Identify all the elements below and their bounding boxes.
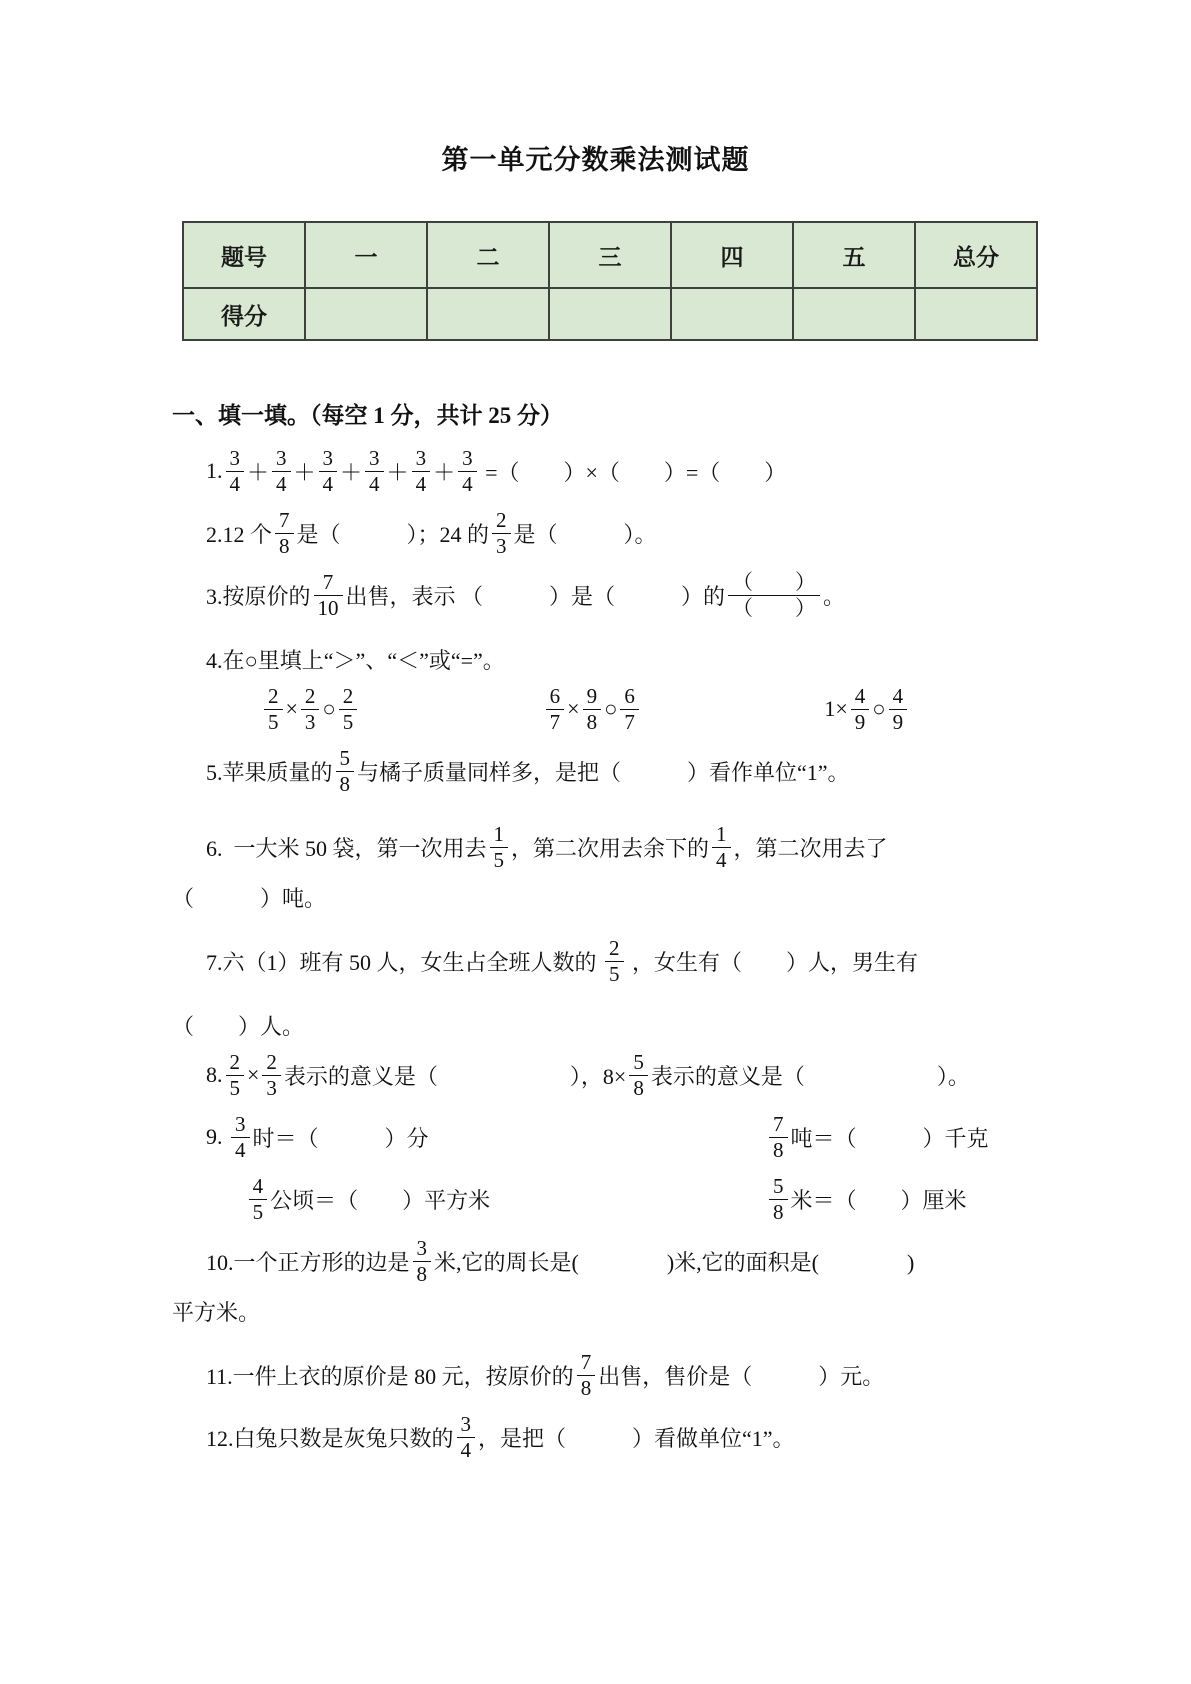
fraction: 34 (412, 446, 431, 495)
question-text: ＋ (340, 456, 362, 487)
score-table-header-cell: 四 (671, 222, 793, 288)
question-text: × (247, 1062, 259, 1088)
fraction-numerator: 1 (712, 822, 731, 846)
question-text: 1. (206, 458, 223, 484)
fraction: 78 (769, 1112, 788, 1161)
score-table-empty-cell (915, 288, 1037, 340)
question-text: =（ ）×（ ）=（ ） (480, 456, 787, 487)
question-text: 2.12 个 (206, 518, 272, 549)
fraction: 34 (272, 446, 291, 495)
question-text: ＋ (433, 456, 455, 487)
question-11-line: 11.一件上衣的原价是 80 元，按原价的78出售，售价是（ ）元。 (206, 1346, 1072, 1404)
question-text: ○ (604, 696, 617, 722)
fraction-numerator: 2 (264, 684, 283, 708)
question-text: （ ）吨。 (172, 882, 326, 913)
question-text: ，是把（ ）看做单位“1”。 (478, 1422, 795, 1453)
score-table-score-label-cell: 得分 (183, 288, 305, 340)
fraction: 25 (339, 684, 358, 733)
fraction: 67 (620, 684, 639, 733)
fraction-denominator: 4 (231, 1137, 250, 1162)
fraction-numerator: 3 (319, 446, 338, 470)
question-text: 是（ ）；24 的 (297, 518, 490, 549)
fraction-denominator: 5 (339, 709, 358, 734)
question-text: 12.白兔只数是灰兔只数的 (206, 1422, 454, 1453)
fraction: 14 (712, 822, 731, 871)
fraction-numerator: 3 (412, 446, 431, 470)
question-column: 25×23○25 (261, 684, 543, 733)
question-text: × (567, 696, 579, 722)
question-9-line: 45公顷＝（ ）平方米58米＝（ ）厘米 (206, 1170, 1106, 1228)
fraction-denominator: 5 (605, 961, 624, 986)
fraction: 45 (249, 1174, 268, 1223)
fraction: 34 (231, 1112, 250, 1161)
question-text: 6. 一大米 50 袋，第一次用去 (206, 832, 487, 863)
question-4-line: 4.在○里填上“＞”、“＜”或“=”。 (206, 642, 1072, 676)
fraction-denominator: 5 (264, 709, 283, 734)
question-text: 3.按原价的 (206, 580, 311, 611)
fraction: 25 (605, 936, 624, 985)
question-8-line: 8.25×23表示的意义是（ ），8×58表示的意义是（ ）。 (206, 1046, 1072, 1104)
question-text: 4.在○里填上“＞”、“＜”或“=”。 (206, 644, 505, 675)
score-table-empty-cell (671, 288, 793, 340)
fraction-denominator: 8 (769, 1137, 788, 1162)
page-title: 第一单元分数乘法测试题 (0, 0, 1191, 177)
question-1-line: 1.34＋34＋34＋34＋34＋34 =（ ）×（ ）=（ ） (206, 442, 1072, 500)
score-table-header-cell: 五 (793, 222, 915, 288)
fraction-denominator: 8 (275, 533, 294, 558)
fraction: 25 (226, 1050, 245, 1099)
question-text: 吨＝（ ）千克 (791, 1122, 989, 1153)
fraction-denominator: 8 (583, 709, 602, 734)
fraction-denominator: 10 (314, 595, 343, 620)
question-text: 平方米。 (172, 1296, 260, 1327)
question-7-line: 7.六（1）班有 50 人，女生占全班人数的 25 ，女生有（ ）人，男生有 (206, 932, 1072, 990)
score-table-header-cell: 一 (305, 222, 427, 288)
fraction-denominator: 4 (712, 847, 731, 872)
fraction-denominator: 9 (889, 709, 908, 734)
fraction-denominator: 4 (319, 471, 338, 496)
fraction-denominator: 4 (365, 471, 384, 496)
question-text: ，女生有（ ）人，男生有 (627, 946, 919, 977)
fraction: 49 (889, 684, 908, 733)
fraction-numerator: 7 (769, 1112, 788, 1136)
score-table-empty-cell (793, 288, 915, 340)
question-4-line: 25×23○2567×98○671×49○49 (206, 680, 1106, 738)
fraction-denominator: 8 (413, 1261, 432, 1286)
section-one-heading: 一、填一填。（每空 1 分，共计 25 分） (172, 397, 1191, 430)
fraction: 710 (314, 570, 343, 619)
fraction: 78 (577, 1350, 596, 1399)
fraction-numerator: 6 (620, 684, 639, 708)
question-2-line: 2.12 个78是（ ）；24 的23是（ ）。 (206, 504, 1072, 562)
fraction-denominator: （ ） (728, 595, 820, 620)
fraction-denominator: 3 (301, 709, 320, 734)
fraction-denominator: 4 (457, 1437, 476, 1462)
question-text: ＋ (247, 456, 269, 487)
fraction: 34 (457, 1412, 476, 1461)
fraction-denominator: 5 (490, 847, 509, 872)
fraction: （ ）（ ） (728, 570, 820, 619)
question-text: ，第二次用去余下的 (511, 832, 709, 863)
score-table-empty-cell (549, 288, 671, 340)
fraction-denominator: 4 (458, 471, 477, 496)
fraction-numerator: 2 (492, 508, 511, 532)
fraction-numerator: 4 (851, 684, 870, 708)
fraction-numerator: 7 (275, 508, 294, 532)
question-text: ○ (872, 696, 885, 722)
score-table: 题号 一二三四五总分 得分 (182, 221, 1038, 341)
fraction-numerator: 3 (413, 1236, 432, 1260)
test-paper-page: 第一单元分数乘法测试题 题号 一二三四五总分 得分 一、填一填。（每空 1 分，… (0, 0, 1191, 1684)
question-text: 米,它的周长是( )米,它的面积是( ) (434, 1246, 914, 1277)
question-text: ＋ (294, 456, 316, 487)
fraction-denominator: 5 (226, 1075, 245, 1100)
question-text: 公顷＝（ ）平方米 (270, 1184, 490, 1215)
question-text: 表示的意义是（ ）。 (651, 1060, 970, 1091)
fraction-denominator: 8 (629, 1075, 648, 1100)
question-text: 米＝（ ）厘米 (791, 1184, 967, 1215)
fraction-numerator: 2 (605, 936, 624, 960)
fraction-numerator: 3 (458, 446, 477, 470)
fraction: 23 (301, 684, 320, 733)
score-table-header-cell: 总分 (915, 222, 1037, 288)
fraction-denominator: 8 (769, 1199, 788, 1224)
question-text: 5.苹果质量的 (206, 756, 333, 787)
fraction: 58 (629, 1050, 648, 1099)
fraction-numerator: 3 (226, 446, 245, 470)
fraction: 58 (336, 746, 355, 795)
fraction-denominator: 3 (262, 1075, 281, 1100)
fraction: 23 (492, 508, 511, 557)
question-text: ○ (322, 696, 335, 722)
fraction-numerator: （ ） (728, 570, 820, 594)
question-6-line: （ ）吨。 (172, 880, 1072, 914)
fraction-numerator: 3 (272, 446, 291, 470)
question-column: 45公顷＝（ ）平方米 (206, 1174, 766, 1223)
fraction: 49 (851, 684, 870, 733)
fraction-denominator: 4 (412, 471, 431, 496)
question-text: 10.一个正方形的边是 (206, 1246, 410, 1277)
fraction-denominator: 8 (336, 771, 355, 796)
question-10-line: 10.一个正方形的边是38米,它的周长是( )米,它的面积是( ) (206, 1232, 1072, 1290)
fraction-numerator: 1 (490, 822, 509, 846)
fraction-denominator: 8 (577, 1375, 596, 1400)
question-text: （ ）人。 (172, 1010, 304, 1041)
question-column: 58米＝（ ）厘米 (766, 1174, 1106, 1223)
question-text: 出售，售价是（ ）元。 (598, 1360, 884, 1391)
score-table-empty-cell (427, 288, 549, 340)
fraction-numerator: 3 (365, 446, 384, 470)
score-table-corner-cell: 题号 (183, 222, 305, 288)
question-text: 7.六（1）班有 50 人，女生占全班人数的 (206, 946, 602, 977)
score-table-header-row: 题号 一二三四五总分 (183, 222, 1037, 288)
fraction-denominator: 5 (249, 1199, 268, 1224)
question-9-line: 9. 34时＝（ ）分78吨＝（ ）千克 (206, 1108, 1106, 1166)
fraction: 98 (583, 684, 602, 733)
fraction-numerator: 2 (226, 1050, 245, 1074)
fraction-numerator: 7 (319, 570, 338, 594)
question-12-line: 12.白兔只数是灰兔只数的34，是把（ ）看做单位“1”。 (206, 1408, 1072, 1466)
question-text: × (286, 696, 298, 722)
fraction-numerator: 3 (231, 1112, 250, 1136)
fraction: 78 (275, 508, 294, 557)
fraction-numerator: 3 (457, 1412, 476, 1436)
fraction-numerator: 2 (339, 684, 358, 708)
fraction: 38 (413, 1236, 432, 1285)
question-text: 出售，表示 （ ）是（ ）的 (346, 580, 726, 611)
question-column: 1×49○49 (824, 684, 1106, 733)
fraction: 25 (264, 684, 283, 733)
fraction-denominator: 9 (851, 709, 870, 734)
fraction-denominator: 7 (620, 709, 639, 734)
fraction: 23 (262, 1050, 281, 1099)
fraction: 34 (226, 446, 245, 495)
fraction-denominator: 4 (272, 471, 291, 496)
fraction-denominator: 3 (492, 533, 511, 558)
score-table-header-cell: 二 (427, 222, 549, 288)
fraction-numerator: 5 (336, 746, 355, 770)
question-text: 9. (206, 1124, 228, 1150)
fraction-numerator: 5 (629, 1050, 648, 1074)
fraction-numerator: 7 (577, 1350, 596, 1374)
fraction: 67 (546, 684, 565, 733)
fraction-denominator: 7 (546, 709, 565, 734)
question-10-line: 平方米。 (172, 1294, 1072, 1328)
score-table-score-row: 得分 (183, 288, 1037, 340)
fraction-numerator: 5 (769, 1174, 788, 1198)
fraction: 58 (769, 1174, 788, 1223)
question-column: 9. 34时＝（ ）分 (206, 1112, 766, 1161)
question-7-line: （ ）人。 (172, 1008, 1072, 1042)
question-text: ，第二次用去了 (734, 832, 888, 863)
question-text: 是（ ）。 (514, 518, 657, 549)
fraction-numerator: 4 (889, 684, 908, 708)
fraction-numerator: 9 (583, 684, 602, 708)
fraction: 34 (458, 446, 477, 495)
question-column: 78吨＝（ ）千克 (766, 1112, 1106, 1161)
question-text: 与橘子质量同样多，是把（ ）看作单位“1”。 (357, 756, 850, 787)
question-text: 8. (206, 1062, 223, 1088)
question-text: 时＝（ ）分 (253, 1122, 429, 1153)
score-table-empty-cell (305, 288, 427, 340)
score-table-header-cell: 三 (549, 222, 671, 288)
question-text: 11.一件上衣的原价是 80 元，按原价的 (206, 1360, 574, 1391)
fraction-numerator: 4 (249, 1174, 268, 1198)
fraction: 34 (365, 446, 384, 495)
question-text: 表示的意义是（ ），8× (284, 1060, 626, 1091)
fraction-numerator: 2 (301, 684, 320, 708)
question-text: 。 (823, 580, 845, 611)
fraction-numerator: 6 (546, 684, 565, 708)
question-6-line: 6. 一大米 50 袋，第一次用去15，第二次用去余下的14，第二次用去了 (206, 818, 1072, 876)
fraction: 15 (490, 822, 509, 871)
questions: 1.34＋34＋34＋34＋34＋34 =（ ）×（ ）=（ ）2.12 个78… (172, 442, 1072, 1466)
question-column: 67×98○67 (543, 684, 825, 733)
question-5-line: 5.苹果质量的58与橘子质量同样多，是把（ ）看作单位“1”。 (206, 742, 1072, 800)
fraction-numerator: 2 (262, 1050, 281, 1074)
fraction-denominator: 4 (226, 471, 245, 496)
score-table-body: 题号 一二三四五总分 得分 (183, 222, 1037, 340)
question-text: ＋ (387, 456, 409, 487)
question-text: 1× (824, 696, 847, 722)
fraction: 34 (319, 446, 338, 495)
question-3-line: 3.按原价的710出售，表示 （ ）是（ ）的（ ）（ ）。 (206, 566, 1072, 624)
